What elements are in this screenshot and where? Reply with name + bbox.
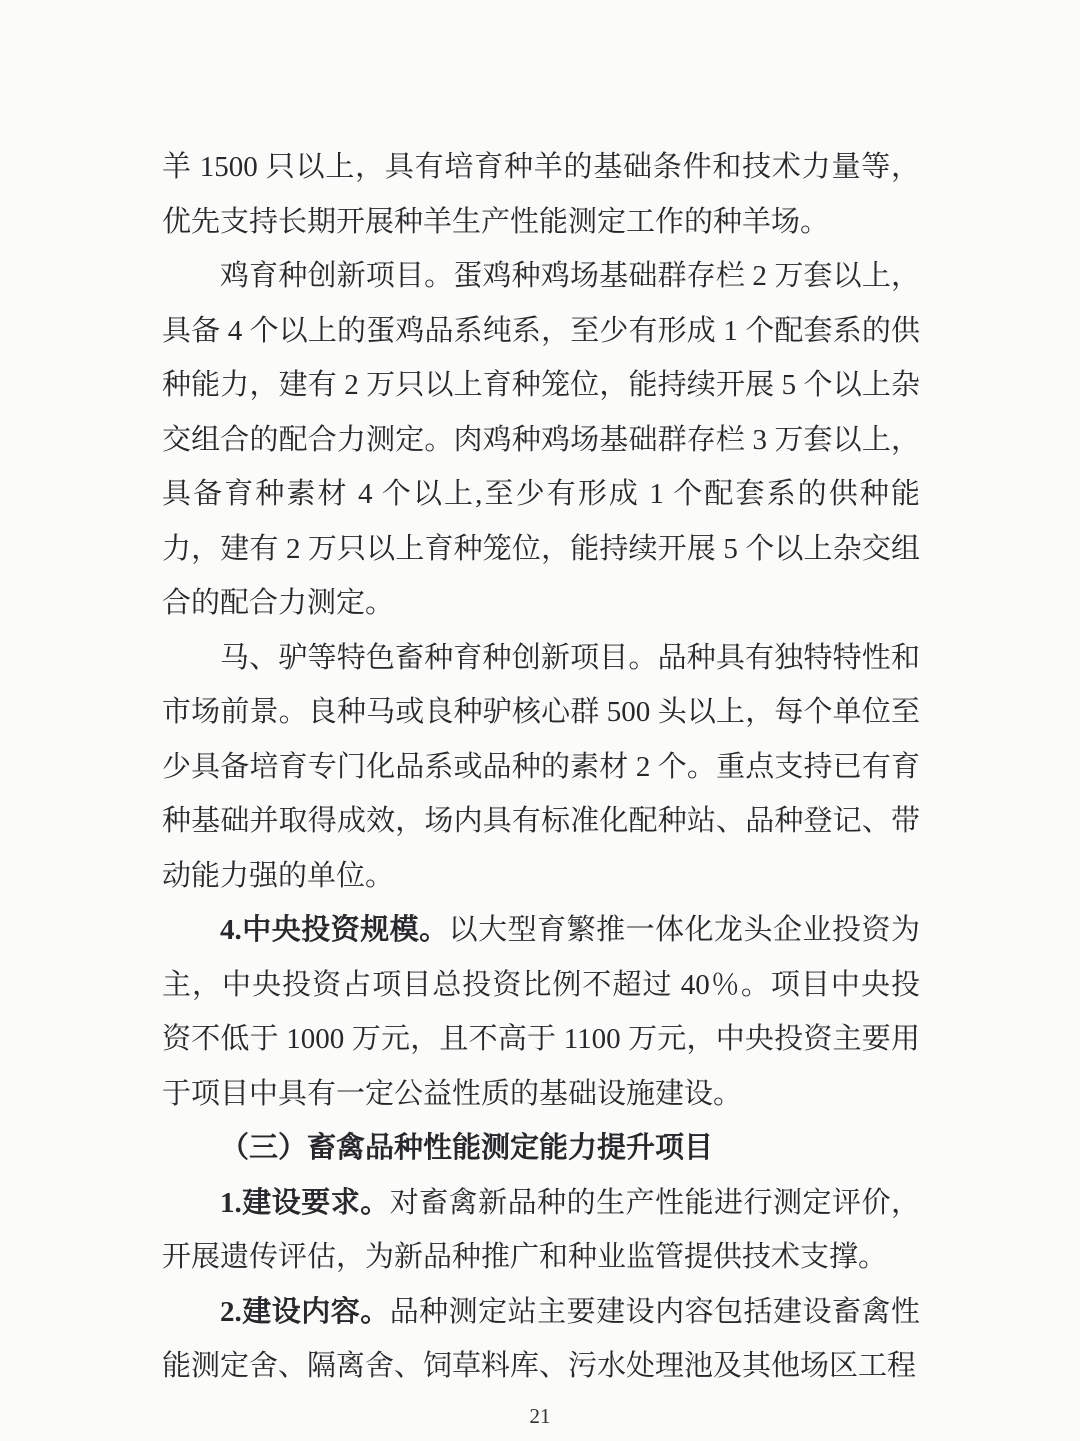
page-number: 21: [0, 1404, 1080, 1429]
document-body: 羊 1500 只以上，具有培育种羊的基础条件和技术力量等，优先支持长期开展种羊生…: [162, 140, 920, 1394]
paragraph-central-investment-scale: 4.中央投资规模。以大型育繁推一体化龙头企业投资为主，中央投资占项目总投资比例不…: [162, 903, 920, 1121]
paragraph-chicken-breeding-innovation: 鸡育种创新项目。蛋鸡种鸡场基础群存栏 2 万套以上，具备 4 个以上的蛋鸡品系纯…: [162, 249, 920, 631]
heading-text: （三）畜禽品种性能测定能力提升项目: [220, 1132, 713, 1164]
paragraph-text: 羊 1500 只以上，具有培育种羊的基础条件和技术力量等，优先支持长期开展种羊生…: [162, 151, 920, 238]
paragraph-lead-bold: 2.建设内容。: [220, 1296, 390, 1328]
paragraph-lead-bold: 1.建设要求。: [220, 1187, 390, 1219]
paragraph-text: 马、驴等特色畜种育种创新项目。品种具有独特特性和市场前景。良种马或良种驴核心群 …: [162, 642, 920, 892]
paragraph-construction-content: 2.建设内容。品种测定站主要建设内容包括建设畜禽性能测定舍、隔离舍、饲草料库、污…: [162, 1285, 920, 1394]
paragraph-horse-donkey-breeding-innovation: 马、驴等特色畜种育种创新项目。品种具有独特特性和市场前景。良种马或良种驴核心群 …: [162, 631, 920, 904]
paragraph-text: 鸡育种创新项目。蛋鸡种鸡场基础群存栏 2 万套以上，具备 4 个以上的蛋鸡品系纯…: [162, 260, 920, 619]
paragraph-sheep-breeding-continuation: 羊 1500 只以上，具有培育种羊的基础条件和技术力量等，优先支持长期开展种羊生…: [162, 140, 920, 249]
paragraph-lead-bold: 4.中央投资规模。: [220, 914, 449, 946]
heading-section-3: （三）畜禽品种性能测定能力提升项目: [162, 1121, 920, 1176]
paragraph-construction-requirements: 1.建设要求。对畜禽新品种的生产性能进行测定评价，开展遗传评估，为新品种推广和种…: [162, 1176, 920, 1285]
